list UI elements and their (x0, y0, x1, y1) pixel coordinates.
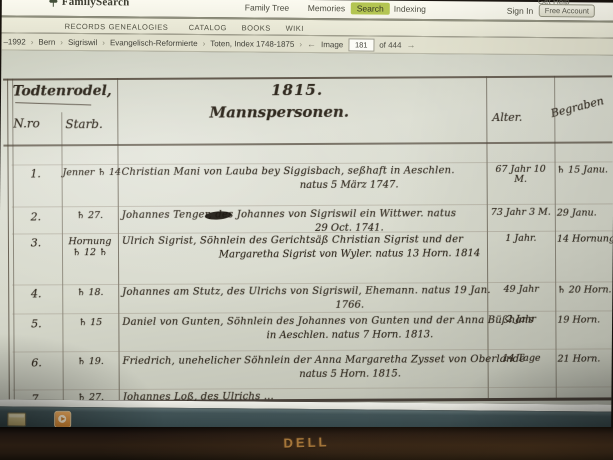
breadcrumb-region[interactable]: Bern (38, 37, 55, 46)
grid-line (7, 79, 10, 401)
entry-burial-date: ♄ 15 Janu. (557, 164, 612, 175)
entry-burial-date: 21 Horn. (558, 353, 613, 364)
subnav-genealogies[interactable]: GENEALOGIES (109, 22, 169, 32)
entry-text: Friedrich, unehelicher Söhnlein der Anna… (123, 354, 483, 381)
entry-age: 73 Jahr 3 M. (489, 208, 553, 218)
entry-died-date: Jenner ♄ 14 (63, 167, 117, 178)
entry-burial-date: 19 Horn. (557, 314, 612, 325)
entry-died-date: ♄ 18. (63, 287, 117, 298)
column-header-died: Starb. (65, 117, 103, 131)
screen: FamilySearch Family Tree Memories Search… (0, 0, 613, 427)
nav-memories[interactable]: Memories (308, 3, 345, 13)
entry-no: 1. (16, 167, 56, 180)
entry-age: 49 Jahr (489, 285, 553, 295)
subnav-books[interactable]: BOOKS (242, 23, 271, 32)
image-count-label: of 444 (379, 40, 401, 49)
document-image-viewer[interactable]: Todtenrodel, 1815. Mannspersonen. N.ro S… (0, 50, 613, 404)
image-number-input[interactable] (348, 38, 374, 51)
grid-line (3, 75, 612, 80)
breadcrumb-root[interactable]: –1992 (3, 37, 25, 46)
next-image-arrow-icon[interactable]: → (406, 40, 415, 50)
entry-text: Ulrich Sigrist, Söhnlein des Gerichtsäß … (122, 234, 482, 261)
entry-died-date: ♄ 19. (64, 356, 118, 367)
entry-text: Johannes Tenger, des Johannes von Sigris… (122, 208, 482, 235)
entry-age: 1 Jahr. (489, 234, 553, 244)
column-header-buried: Begraben (549, 94, 605, 120)
breadcrumb-church[interactable]: Evangelisch-Reformierte (110, 38, 198, 48)
breadcrumb-separator: › (102, 38, 105, 47)
sign-in-link[interactable]: Sign In (507, 6, 534, 16)
grid-line (3, 141, 612, 146)
nav-family-tree[interactable]: Family Tree (245, 2, 289, 12)
entry-burial-date: 14 Hornung (557, 233, 612, 244)
breadcrumb-separator: › (203, 39, 206, 48)
tree-icon (48, 0, 59, 8)
breadcrumb-collection[interactable]: Toten, Index 1748-1875 (210, 39, 294, 49)
register-entry: 2. ♄ 27. Johannes Tenger, des Johannes v… (0, 207, 613, 210)
entry-no: 4. (16, 287, 56, 300)
register-title: Todtenrodel, (9, 83, 115, 100)
entry-died-date: ♄ 27. (63, 210, 117, 221)
entry-text: Johannes am Stutz, des Ulrichs von Sigri… (122, 285, 482, 312)
register-entry: 5. ♄ 15 Daniel von Gunten, Söhnlein des … (0, 314, 613, 317)
subnav-catalog[interactable]: CATALOG (189, 23, 227, 32)
image-label: Image (321, 40, 343, 49)
play-icon (61, 416, 65, 420)
entry-age: 67 Jahr 10 M. (489, 165, 553, 185)
monitor-photo: FamilySearch Family Tree Memories Search… (0, 0, 613, 460)
column-header-age: Alter. (492, 111, 522, 124)
entry-died-date: Hornung♄ 12 ♄ (63, 236, 117, 258)
familysearch-logo[interactable]: FamilySearch (48, 0, 130, 8)
register-entry: 6. ♄ 19. Friedrich, unehelicher Söhnlein… (1, 353, 613, 356)
entry-age: 2 Jahr (489, 315, 553, 325)
entry-no: 5. (16, 317, 56, 330)
dell-logo: DELL (0, 427, 613, 458)
grid-line (13, 386, 613, 390)
free-account-button[interactable]: Free Account (539, 4, 595, 17)
title-flourish (15, 102, 91, 105)
column-header-number: N.ro (13, 116, 40, 130)
logo-wordmark: FamilySearch (62, 0, 130, 8)
entry-no: 3. (16, 236, 56, 249)
nav-indexing[interactable]: Indexing (394, 4, 426, 14)
entry-no: 2. (16, 210, 56, 223)
breadcrumb-parish[interactable]: Sigriswil (68, 37, 97, 46)
nav-search[interactable]: Search (351, 2, 390, 14)
entry-age: 14 Tage (490, 354, 554, 364)
register-page: Todtenrodel, 1815. Mannspersonen. N.ro S… (0, 51, 613, 403)
file-explorer-icon[interactable] (7, 412, 26, 426)
entry-no: 6. (17, 356, 57, 369)
entry-died-date: ♄ 15 (63, 317, 117, 328)
media-player-icon[interactable] (54, 411, 71, 427)
breadcrumb-separator: › (60, 37, 63, 46)
subnav-records[interactable]: RECORDS (65, 22, 106, 31)
register-section-title: Mannspersonen. (99, 102, 459, 122)
screen-content: FamilySearch Family Tree Memories Search… (0, 0, 613, 427)
entry-burial-date: ♄ 20 Horn. (557, 284, 612, 295)
register-year: 1815. (117, 80, 477, 100)
subnav-wiki[interactable]: WIKI (286, 24, 304, 33)
previous-image-arrow-icon[interactable]: ← (307, 39, 316, 49)
breadcrumb-separator: › (31, 37, 34, 46)
monitor-bezel: DELL (0, 427, 613, 460)
entry-text: Daniel von Gunten, Söhnlein des Johannes… (122, 315, 482, 342)
breadcrumb-separator: › (299, 39, 302, 48)
entry-burial-date: 29 Janu. (557, 207, 612, 218)
entry-text: Christian Mani von Lauba bey Siggisbach,… (122, 165, 482, 192)
